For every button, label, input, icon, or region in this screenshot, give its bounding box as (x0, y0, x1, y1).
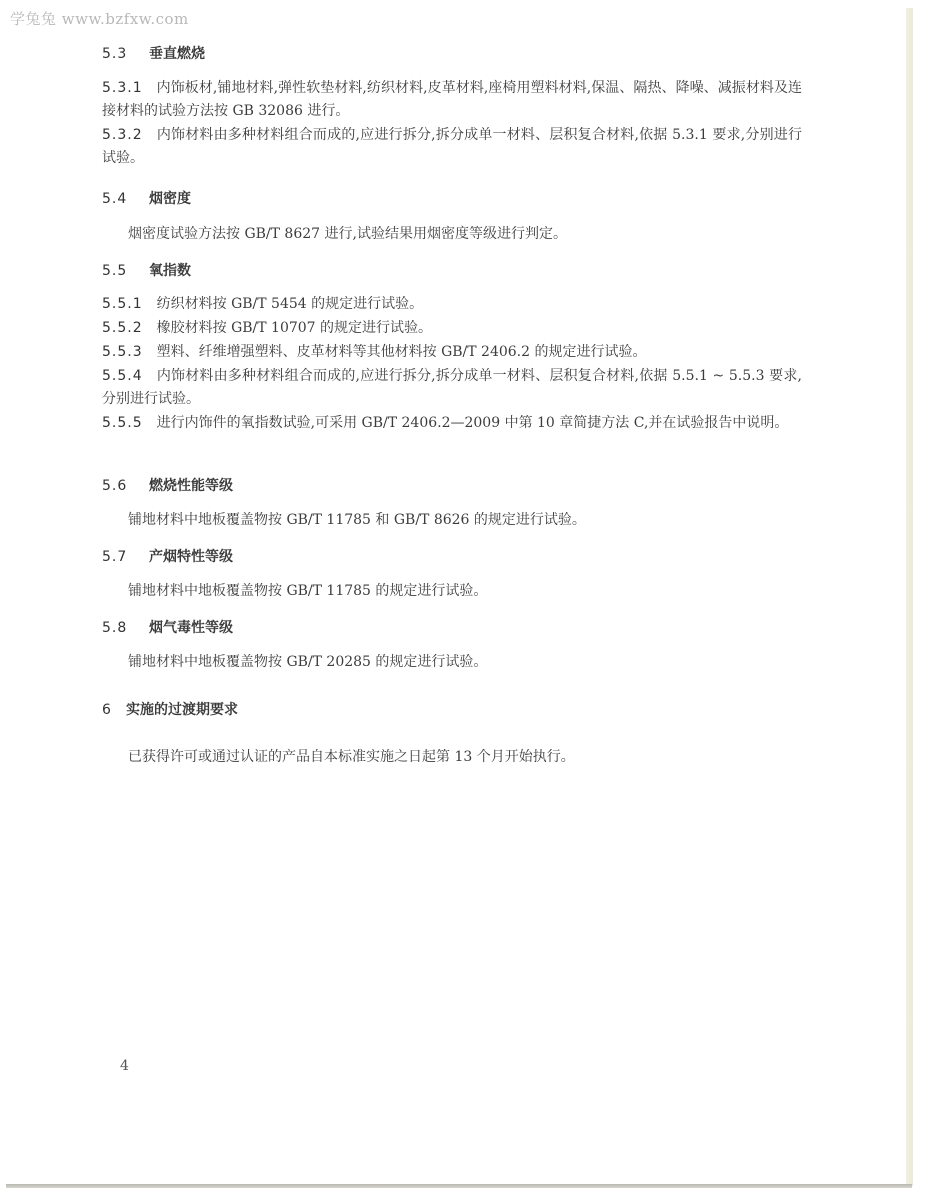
clause-5-3-2: 5.3.2内饰材料由多种材料组合而成的,应进行拆分,拆分成单一材料、层积复合材料… (102, 124, 802, 170)
paragraph-5-4: 烟密度试验方法按 GB/T 8627 进行,试验结果用烟密度等级进行判定。 (102, 223, 802, 246)
section-heading-5-3: 5.3垂直燃烧 (102, 43, 205, 63)
section-title: 实施的过渡期要求 (126, 702, 238, 718)
watermark: 学兔兔 www.bzfxw.com (10, 8, 189, 29)
section-heading-5-8: 5.8烟气毒性等级 (102, 617, 233, 637)
paragraph-6: 已获得许可或通过认证的产品自本标准实施之日起第 13 个月开始执行。 (102, 746, 802, 769)
paragraph-text: 铺地材料中地板覆盖物按 GB/T 20285 的规定进行试验。 (128, 654, 487, 670)
section-title: 产烟特性等级 (149, 549, 233, 565)
section-number: 5.8 (102, 620, 149, 636)
paragraph-5-7: 铺地材料中地板覆盖物按 GB/T 11785 的规定进行试验。 (102, 580, 802, 603)
section-heading-5-6: 5.6燃烧性能等级 (102, 475, 233, 495)
clause-text: 橡胶材料按 GB/T 10707 的规定进行试验。 (157, 320, 432, 336)
page-edge-right (906, 8, 913, 1186)
clause-number: 5.5.5 (102, 415, 143, 431)
paragraph-text: 烟密度试验方法按 GB/T 8627 进行,试验结果用烟密度等级进行判定。 (128, 226, 567, 242)
clause-number: 5.5.3 (102, 344, 143, 360)
paragraph-text: 铺地材料中地板覆盖物按 GB/T 11785 和 GB/T 8626 的规定进行… (128, 512, 586, 528)
paragraph-text: 已获得许可或通过认证的产品自本标准实施之日起第 13 个月开始执行。 (128, 749, 575, 765)
section-heading-5-4: 5.4烟密度 (102, 188, 191, 208)
paragraph-5-6: 铺地材料中地板覆盖物按 GB/T 11785 和 GB/T 8626 的规定进行… (102, 509, 802, 532)
clause-5-5-5: 5.5.5进行内饰件的氧指数试验,可采用 GB/T 2406.2—2009 中第… (102, 412, 802, 435)
section-heading-6: 6实施的过渡期要求 (102, 699, 238, 719)
paragraph-5-8: 铺地材料中地板覆盖物按 GB/T 20285 的规定进行试验。 (102, 651, 802, 674)
clause-5-3-1: 5.3.1内饰板材,铺地材料,弹性软垫材料,纺织材料,皮革材料,座椅用塑料材料,… (102, 77, 802, 123)
clause-number: 5.5.4 (102, 368, 143, 384)
page-number: 4 (120, 1058, 129, 1074)
clause-text: 内饰材料由多种材料组合而成的,应进行拆分,拆分成单一材料、层积复合材料,依据 5… (102, 127, 802, 166)
section-heading-5-7: 5.7产烟特性等级 (102, 546, 233, 566)
document-page: 学兔兔 www.bzfxw.com 5.3垂直燃烧 5.3.1内饰板材,铺地材料… (0, 0, 912, 1188)
section-number: 5.6 (102, 478, 149, 494)
section-title: 垂直燃烧 (149, 46, 205, 62)
paragraph-text: 铺地材料中地板覆盖物按 GB/T 11785 的规定进行试验。 (128, 583, 487, 599)
section-number: 5.5 (102, 263, 149, 279)
clause-text: 内饰板材,铺地材料,弹性软垫材料,纺织材料,皮革材料,座椅用塑料材料,保温、隔热… (102, 80, 802, 119)
clause-number: 5.5.1 (102, 296, 143, 312)
section-heading-5-5: 5.5氧指数 (102, 260, 191, 280)
clause-text: 内饰材料由多种材料组合而成的,应进行拆分,拆分成单一材料、层积复合材料,依据 5… (102, 368, 802, 407)
clause-5-5-1: 5.5.1纺织材料按 GB/T 5454 的规定进行试验。 (102, 293, 802, 316)
section-number: 5.4 (102, 191, 149, 207)
clause-text: 进行内饰件的氧指数试验,可采用 GB/T 2406.2—2009 中第 10 章… (157, 415, 789, 431)
clause-5-5-2: 5.5.2橡胶材料按 GB/T 10707 的规定进行试验。 (102, 317, 802, 340)
section-number: 6 (102, 702, 126, 718)
section-title: 氧指数 (149, 263, 191, 279)
clause-text: 塑料、纤维增强塑料、皮革材料等其他材料按 GB/T 2406.2 的规定进行试验… (157, 344, 647, 360)
section-number: 5.3 (102, 46, 149, 62)
section-title: 烟密度 (149, 191, 191, 207)
section-title: 烟气毒性等级 (149, 620, 233, 636)
page-edge-bottom (6, 1184, 912, 1188)
section-number: 5.7 (102, 549, 149, 565)
clause-number: 5.3.2 (102, 127, 143, 143)
clause-number: 5.3.1 (102, 80, 143, 96)
clause-number: 5.5.2 (102, 320, 143, 336)
clause-text: 纺织材料按 GB/T 5454 的规定进行试验。 (157, 296, 424, 312)
section-title: 燃烧性能等级 (149, 478, 233, 494)
clause-5-5-4: 5.5.4内饰材料由多种材料组合而成的,应进行拆分,拆分成单一材料、层积复合材料… (102, 365, 802, 411)
clause-5-5-3: 5.5.3塑料、纤维增强塑料、皮革材料等其他材料按 GB/T 2406.2 的规… (102, 341, 802, 364)
